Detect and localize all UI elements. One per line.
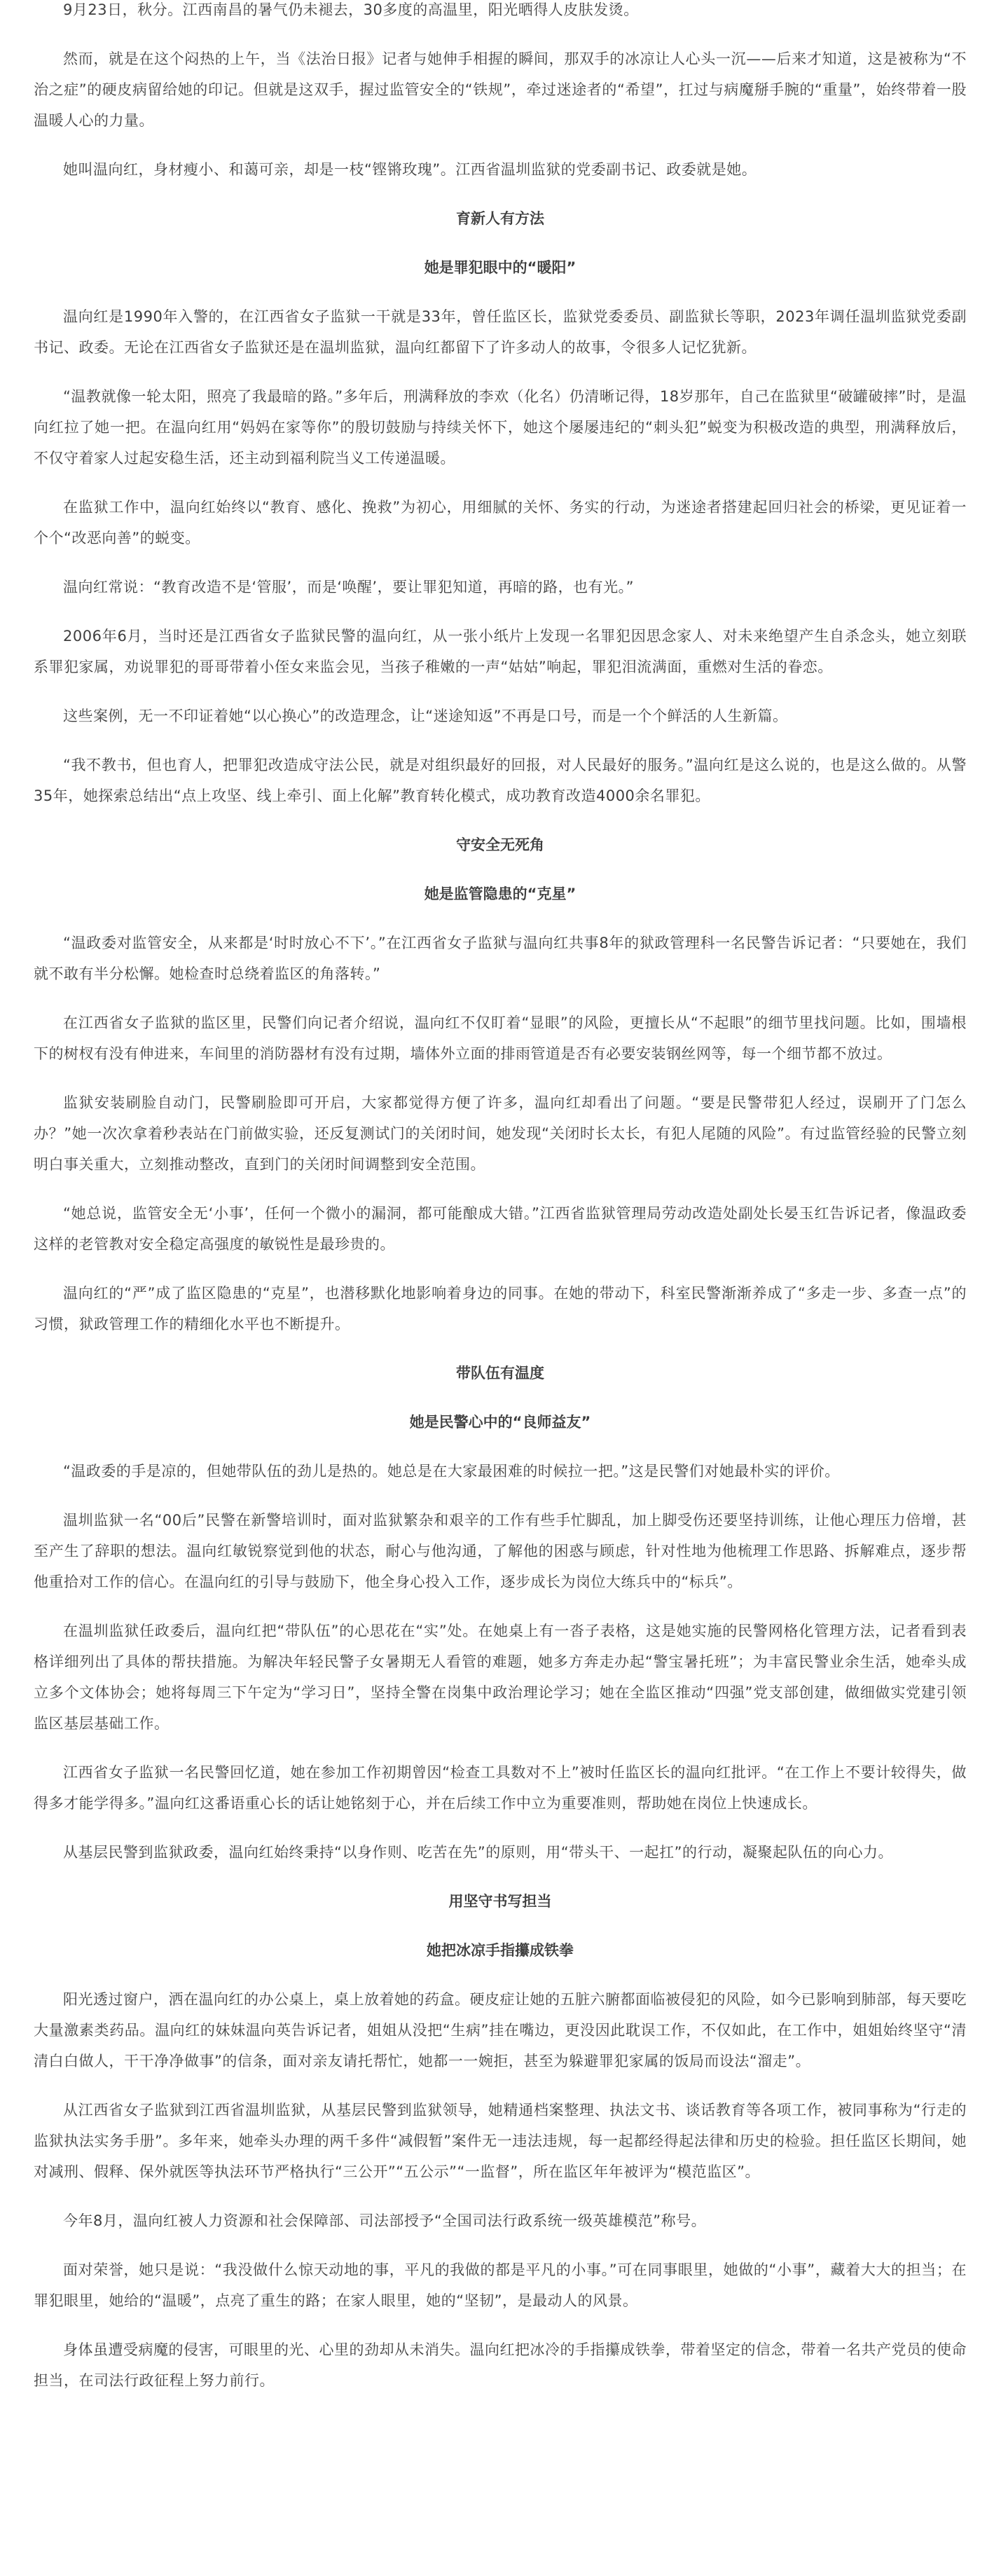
paragraph-introduction: 她叫温向红，身材瘦小、和蔼可亲，却是一枝“铿锵玫瑰”。江西省温圳监狱的党委副书记… [34,154,967,185]
paragraph: “温政委对监管安全，从来都是‘时时放心不下’。”在江西省女子监狱与温向红共事8年… [34,928,967,989]
paragraph: 2006年6月，当时还是江西省女子监狱民警的温向红，从一张小纸片上发现一名罪犯因… [34,621,967,682]
paragraph: “她总说，监管安全无‘小事’，任何一个微小的漏洞，都可能酿成大错。”江西省监狱管… [34,1198,967,1260]
paragraph: 这些案例，无一不印证着她“以心换心”的改造理念，让“迷途知返”不再是口号，而是一… [34,701,967,731]
paragraph: 在江西省女子监狱的监区里，民警们向记者介绍说，温向红不仅盯着“显眼”的风险，更擅… [34,1007,967,1069]
article-body: 9月23日，秋分。江西南昌的暑气仍未褪去，30多度的高温里，阳光晒得人皮肤发烫。… [0,0,1008,2396]
paragraph: 温向红的“严”成了监区隐患的“克星”，也潜移默化地影响着身边的同事。在她的带动下… [34,1278,967,1339]
paragraph: “我不教书，但也育人，把罪犯改造成守法公民，就是对组织最好的回报，对人民最好的服… [34,750,967,811]
paragraph: 从江西省女子监狱到江西省温圳监狱，从基层民警到监狱领导，她精通档案整理、执法文书… [34,2095,967,2187]
section-heading-4: 用坚守书写担当 [34,1886,967,1917]
paragraph-intro-date: 9月23日，秋分。江西南昌的暑气仍未褪去，30多度的高温里，阳光晒得人皮肤发烫。 [34,0,967,25]
paragraph: 从基层民警到监狱政委，温向红始终秉持“以身作则、吃苦在先”的原则，用“带头干、一… [34,1837,967,1868]
section-heading-1: 育新人有方法 [34,203,967,234]
section-heading-2: 守安全无死角 [34,829,967,860]
paragraph: 阳光透过窗户，洒在温向红的办公桌上，桌上放着她的药盒。硬皮症让她的五脏六腑都面临… [34,1984,967,2076]
paragraph: 监狱安装刷脸自动门，民警刷脸即可开启，大家都觉得方便了许多，温向红却看出了问题。… [34,1087,967,1180]
paragraph: 温圳监狱一名“00后”民警在新警培训时，面对监狱繁杂和艰辛的工作有些手忙脚乱，加… [34,1505,967,1597]
paragraph: 在温圳监狱任政委后，温向红把“带队伍”的心思花在“实”处。在她桌上有一沓子表格，… [34,1616,967,1739]
paragraph: 今年8月，温向红被人力资源和社会保障部、司法部授予“全国司法行政系统一级英雄模范… [34,2205,967,2236]
section-subheading-4: 她把冰凉手指攥成铁拳 [34,1935,967,1966]
section-subheading-3: 她是民警心中的“良师益友” [34,1407,967,1438]
paragraph: 温向红是1990年入警的，在江西省女子监狱一干就是33年，曾任监区长，监狱党委委… [34,301,967,363]
paragraph-closing: 身体虽遭受病魔的侵害，可眼里的光、心里的劲却从未消失。温向红把冰冷的手指攥成铁拳… [34,2334,967,2396]
paragraph: 温向红常说：“教育改造不是‘管服’，而是‘唤醒’，要让罪犯知道，再暗的路，也有光… [34,572,967,602]
paragraph: 江西省女子监狱一名民警回忆道，她在参加工作初期曾因“检查工具数对不上”被时任监区… [34,1757,967,1819]
section-subheading-1: 她是罪犯眼中的“暖阳” [34,252,967,283]
paragraph: “温教就像一轮太阳，照亮了我最暗的路。”多年后，刑满释放的李欢（化名）仍清晰记得… [34,381,967,474]
paragraph: 面对荣誉，她只是说：“我没做什么惊天动地的事，平凡的我做的都是平凡的小事。”可在… [34,2254,967,2316]
paragraph: 在监狱工作中，温向红始终以“教育、感化、挽救”为初心，用细腻的关怀、务实的行动，… [34,492,967,553]
section-subheading-2: 她是监管隐患的“克星” [34,879,967,909]
paragraph-handshake: 然而，就是在这个闷热的上午，当《法治日报》记者与她伸手相握的瞬间，那双手的冰凉让… [34,43,967,136]
section-heading-3: 带队伍有温度 [34,1358,967,1389]
paragraph: “温政委的手是凉的，但她带队伍的劲儿是热的。她总是在大家最困难的时候拉一把。”这… [34,1456,967,1487]
